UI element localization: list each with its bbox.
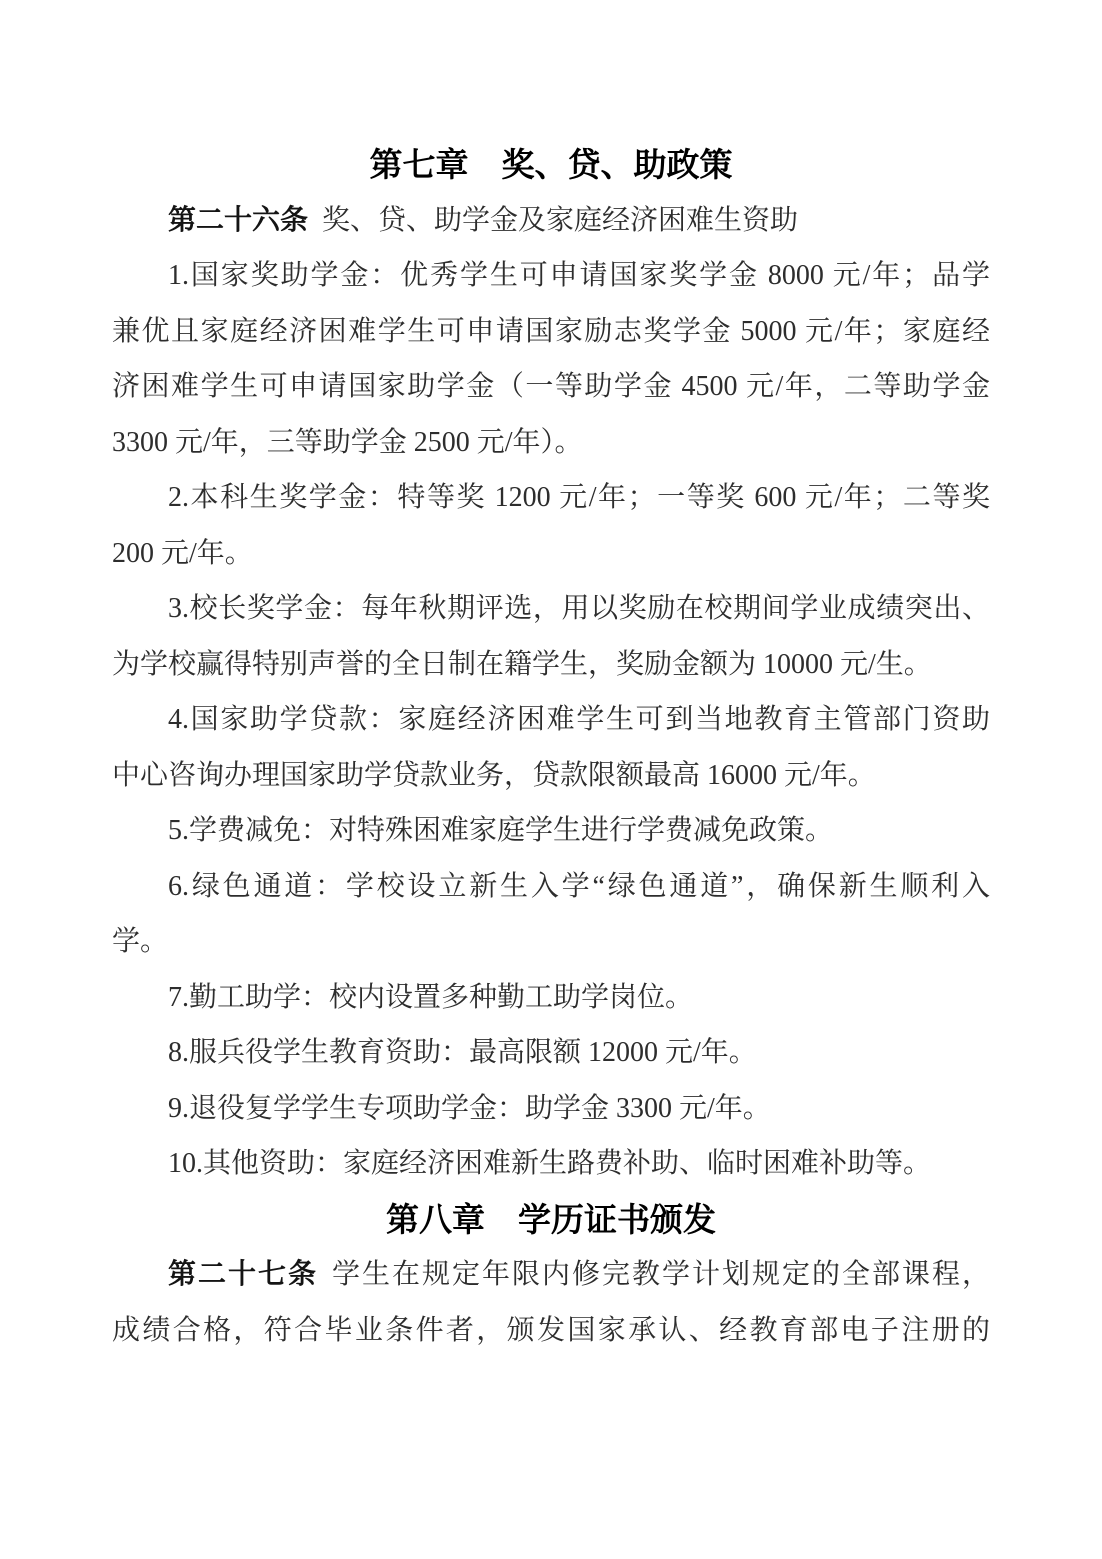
text-line: 成绩合格，符合毕业条件者，颁发国家承认、经教育部电子注册的	[112, 1303, 990, 1359]
text-line: 200 元/年。	[112, 526, 990, 582]
text-line: 7.勤工助学：校内设置多种勤工助学岗位。	[112, 970, 990, 1026]
text-run: 8.服兵役学生教育资助：最高限额 12000 元/年。	[168, 1037, 757, 1068]
text-run: 1.国家奖助学金：优秀学生可申请国家奖学金 8000 元/年；品学	[168, 260, 990, 291]
article-number: 第二十七条	[168, 1259, 318, 1290]
text-run: 奖、贷、助学金及家庭经济困难生资助	[322, 205, 798, 236]
text-line: 10.其他资助：家庭经济困难新生路费补助、临时困难补助等。	[112, 1136, 990, 1192]
text-run: 9.退役复学学生专项助学金：助学金 3300 元/年。	[168, 1093, 771, 1124]
text-line: 3.校长奖学金：每年秋期评选，用以奖励在校期间学业成绩突出、	[112, 581, 990, 637]
chapter-heading-text: 第八章 学历证书颁发	[386, 1201, 716, 1238]
text-run: 6.绿色通道：学校设立新生入学“绿色通道”，确保新生顺利入	[168, 871, 990, 902]
text-line: 2.本科生奖学金：特等奖 1200 元/年；一等奖 600 元/年；二等奖	[112, 470, 990, 526]
text-line: 第二十六条奖、贷、助学金及家庭经济困难生资助	[112, 193, 990, 249]
chapter-heading-text: 第七章 奖、贷、助政策	[370, 146, 733, 183]
text-run: 3300 元/年，三等助学金 2500 元/年）。	[112, 427, 583, 458]
text-run: 中心咨询办理国家助学贷款业务，贷款限额最高 16000 元/年。	[112, 760, 876, 791]
text-run: 为学校赢得特别声誉的全日制在籍学生，奖励金额为 10000 元/生。	[112, 649, 932, 680]
text-run: 200 元/年。	[112, 538, 253, 569]
text-line: 为学校赢得特别声誉的全日制在籍学生，奖励金额为 10000 元/生。	[112, 637, 990, 693]
chapter-heading: 第八章 学历证书颁发	[112, 1192, 990, 1248]
text-line: 1.国家奖助学金：优秀学生可申请国家奖学金 8000 元/年；品学	[112, 248, 990, 304]
text-line: 8.服兵役学生教育资助：最高限额 12000 元/年。	[112, 1025, 990, 1081]
text-line: 济困难学生可申请国家助学金（一等助学金 4500 元/年，二等助学金	[112, 359, 990, 415]
text-run: 3.校长奖学金：每年秋期评选，用以奖励在校期间学业成绩突出、	[168, 593, 990, 624]
text-run: 成绩合格，符合毕业条件者，颁发国家承认、经教育部电子注册的	[112, 1315, 990, 1346]
text-run: 兼优且家庭经济困难学生可申请国家励志奖学金 5000 元/年；家庭经	[112, 316, 990, 347]
text-run: 济困难学生可申请国家助学金（一等助学金 4500 元/年，二等助学金	[112, 371, 990, 402]
text-run: 4.国家助学贷款：家庭经济困难学生可到当地教育主管部门资助	[168, 704, 990, 735]
text-line: 9.退役复学学生专项助学金：助学金 3300 元/年。	[112, 1081, 990, 1137]
document-page: 第七章 奖、贷、助政策 第二十六条奖、贷、助学金及家庭经济困难生资助 1.国家奖…	[0, 0, 1102, 1559]
text-run: 7.勤工助学：校内设置多种勤工助学岗位。	[168, 982, 693, 1013]
document-content: 第七章 奖、贷、助政策 第二十六条奖、贷、助学金及家庭经济困难生资助 1.国家奖…	[0, 0, 1102, 1358]
text-line: 6.绿色通道：学校设立新生入学“绿色通道”，确保新生顺利入	[112, 859, 990, 915]
text-run: 10.其他资助：家庭经济困难新生路费补助、临时困难补助等。	[168, 1148, 931, 1179]
text-line: 4.国家助学贷款：家庭经济困难学生可到当地教育主管部门资助	[112, 692, 990, 748]
chapter-heading: 第七章 奖、贷、助政策	[112, 137, 990, 193]
article-number: 第二十六条	[168, 205, 308, 236]
text-line: 3300 元/年，三等助学金 2500 元/年）。	[112, 415, 990, 471]
text-line: 学。	[112, 914, 990, 970]
text-line: 5.学费减免：对特殊困难家庭学生进行学费减免政策。	[112, 803, 990, 859]
text-line: 第二十七条学生在规定年限内修完教学计划规定的全部课程，	[112, 1247, 990, 1303]
text-line: 兼优且家庭经济困难学生可申请国家励志奖学金 5000 元/年；家庭经	[112, 304, 990, 360]
text-line: 中心咨询办理国家助学贷款业务，贷款限额最高 16000 元/年。	[112, 748, 990, 804]
text-run: 2.本科生奖学金：特等奖 1200 元/年；一等奖 600 元/年；二等奖	[168, 482, 990, 513]
text-run: 5.学费减免：对特殊困难家庭学生进行学费减免政策。	[168, 815, 833, 846]
text-run: 学。	[112, 926, 168, 957]
text-run: 学生在规定年限内修完教学计划规定的全部课程，	[332, 1259, 990, 1290]
